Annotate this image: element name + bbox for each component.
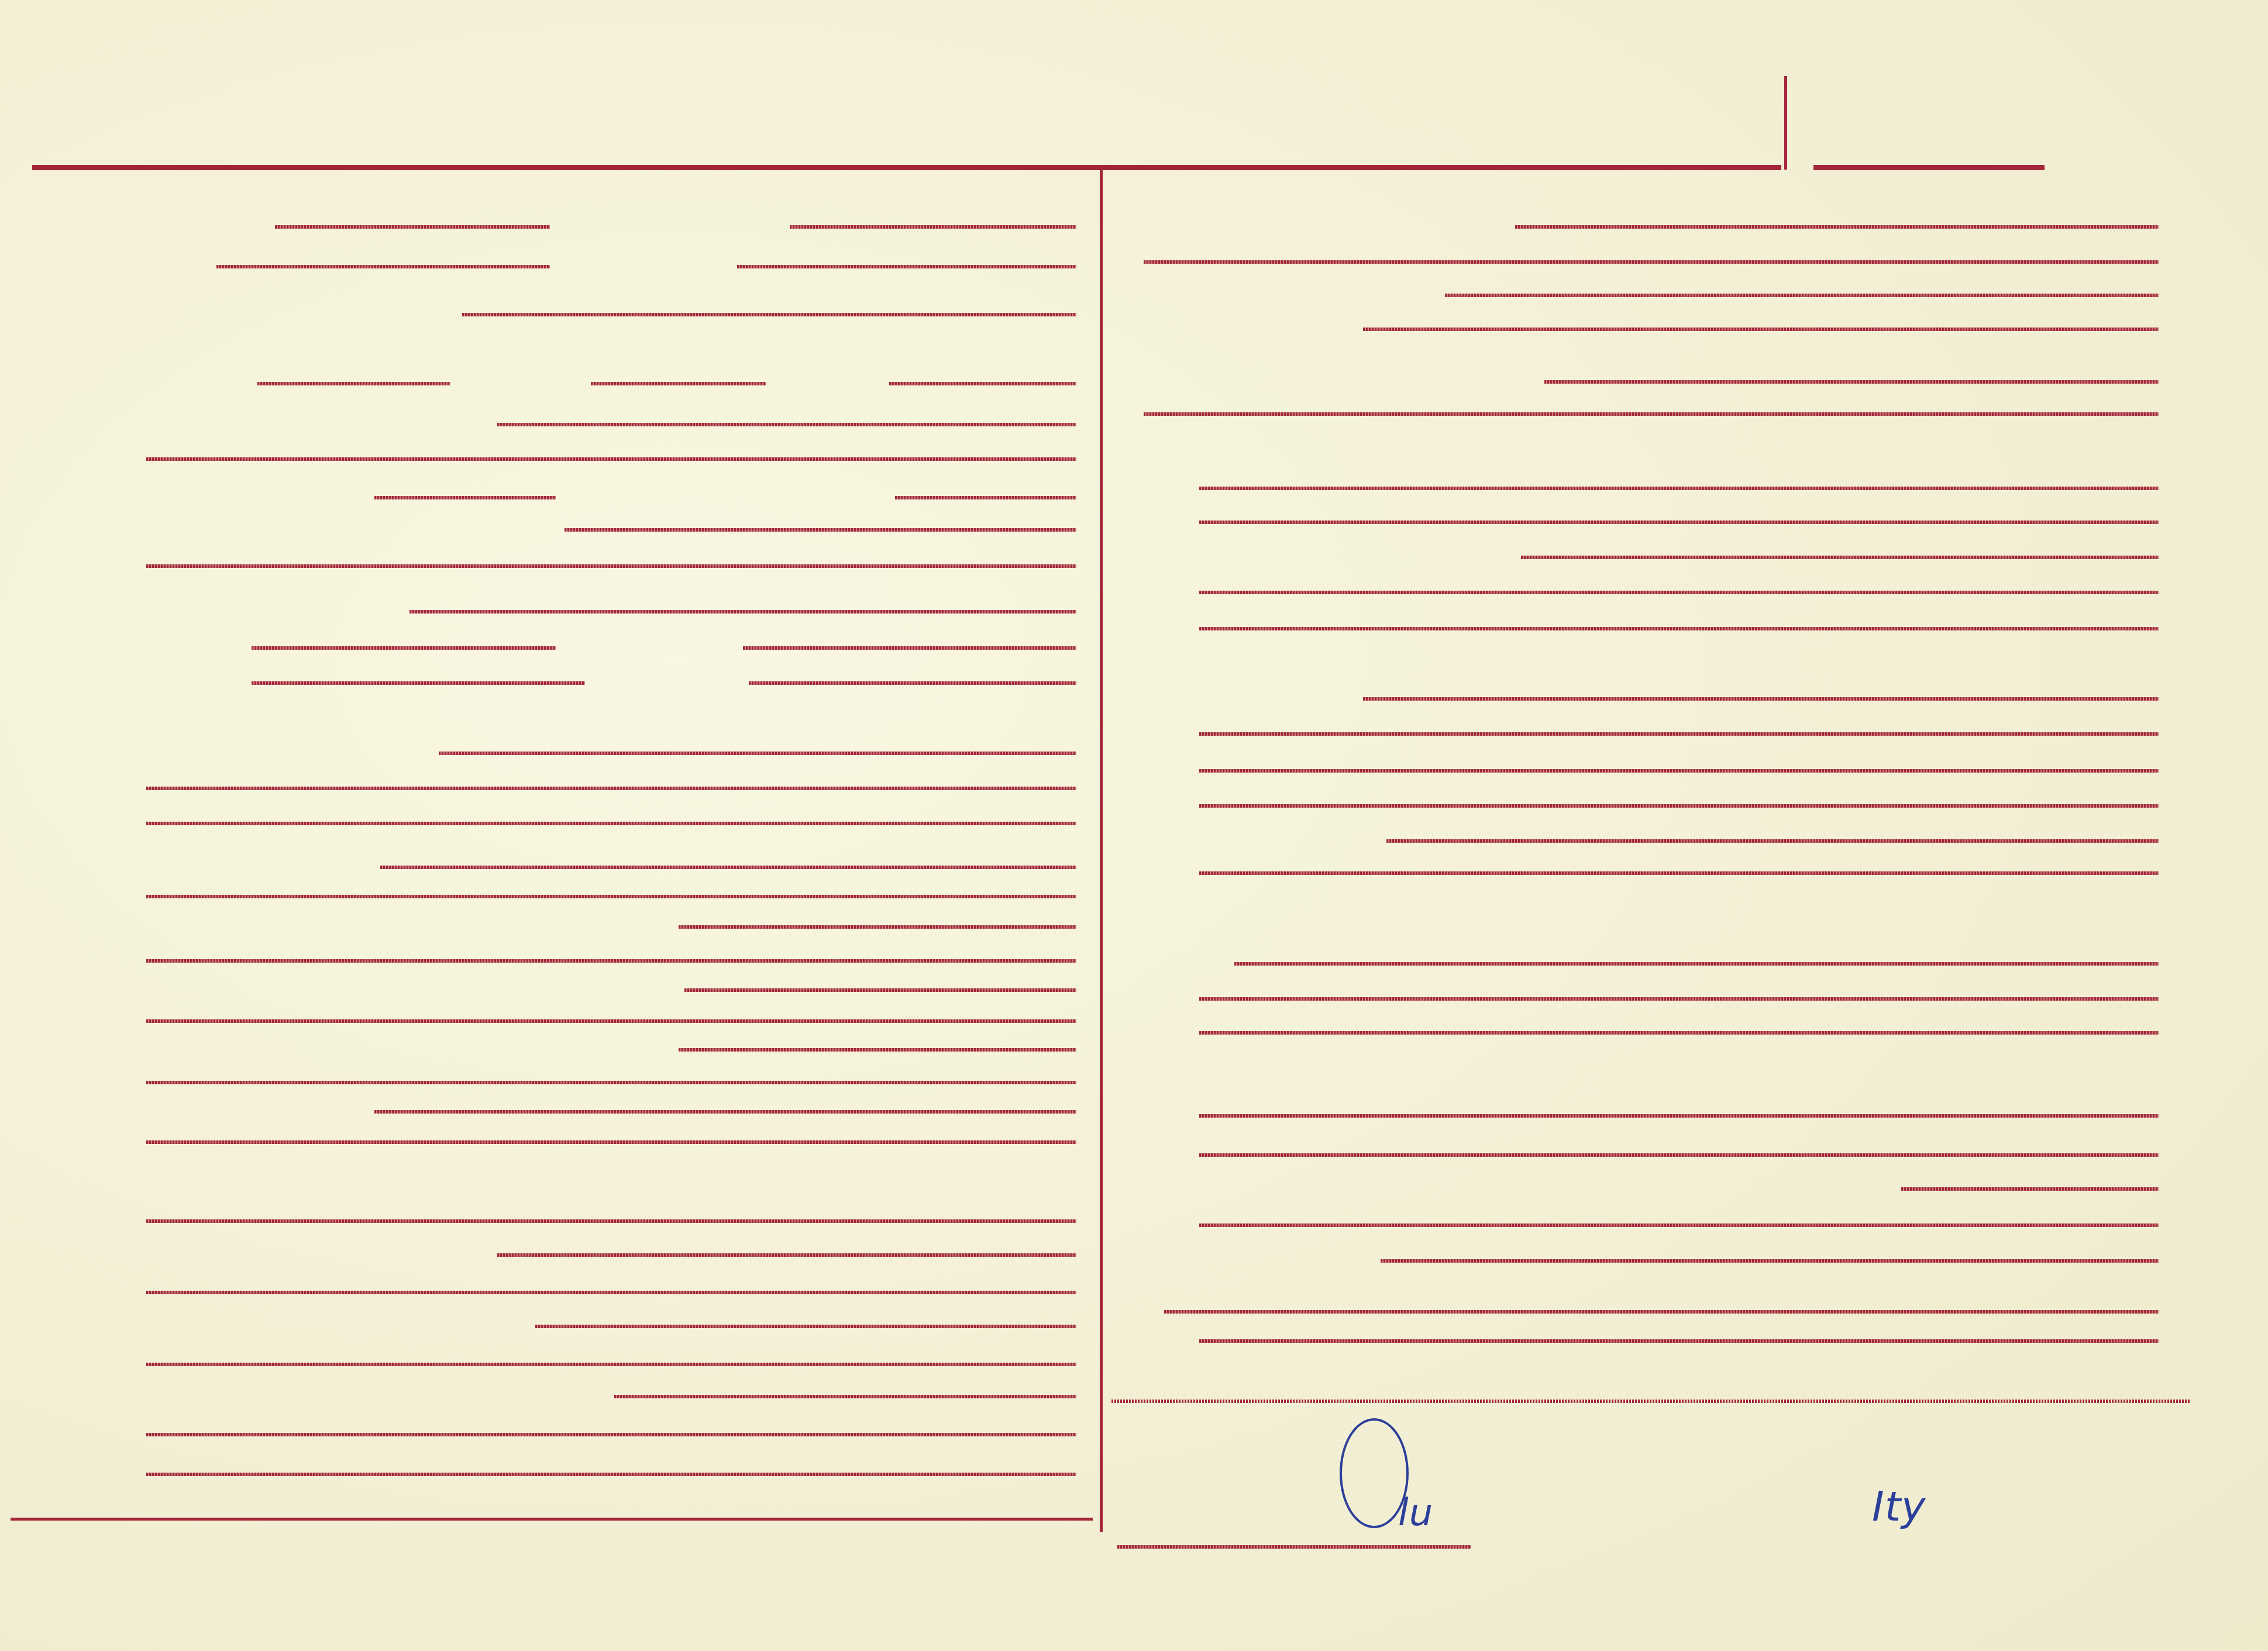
field-line xyxy=(679,925,1076,929)
field-line xyxy=(591,382,766,385)
field-line xyxy=(1199,1223,2159,1227)
field-line xyxy=(146,1219,1076,1223)
footnote-rule xyxy=(11,1518,1093,1521)
field-line xyxy=(1199,732,2159,736)
field-line xyxy=(275,225,550,229)
field-line xyxy=(1363,697,2159,701)
field-line xyxy=(1144,412,2159,416)
field-line xyxy=(146,1081,1076,1084)
field-line xyxy=(1199,591,2159,594)
field-line xyxy=(1199,487,2159,490)
field-line xyxy=(743,646,1076,650)
field-line xyxy=(1199,769,2159,773)
field-line xyxy=(535,1325,1076,1328)
field-line xyxy=(146,959,1076,963)
field-line xyxy=(439,752,1076,755)
field-line xyxy=(146,1363,1076,1366)
field-line xyxy=(1199,871,2159,875)
institution-side-text xyxy=(5,140,46,1579)
column-divider xyxy=(1100,170,1103,1532)
field-line xyxy=(1199,1339,2159,1343)
field-line xyxy=(1144,260,2159,264)
header-divider xyxy=(1784,76,1787,170)
field-line xyxy=(1199,521,2159,524)
signature-sporzadzajacy-mark: lu xyxy=(1398,1491,1433,1535)
header-rule xyxy=(32,165,1781,170)
field-line xyxy=(1199,1114,2159,1118)
field-line xyxy=(252,681,585,685)
field-line xyxy=(1386,839,2159,843)
signature-sprawdzajacy: Ity xyxy=(1872,1483,1926,1531)
field-line xyxy=(146,564,1076,568)
field-line xyxy=(889,382,1076,385)
field-line xyxy=(565,528,1076,532)
field-line xyxy=(462,313,1076,316)
field-line xyxy=(749,681,1076,685)
field-line xyxy=(679,1048,1076,1052)
field-line xyxy=(1515,225,2159,229)
field-line xyxy=(1199,627,2159,630)
field-line xyxy=(374,496,556,499)
field-line xyxy=(146,895,1076,898)
field-line xyxy=(497,423,1076,426)
field-line xyxy=(257,382,450,385)
signature-line xyxy=(1117,1545,1471,1549)
field-line xyxy=(895,496,1076,499)
field-line xyxy=(146,457,1076,461)
field-line xyxy=(146,1019,1076,1023)
field-line xyxy=(252,646,556,650)
field-line xyxy=(1544,380,2159,384)
field-line xyxy=(146,1140,1076,1144)
field-line xyxy=(1199,804,2159,808)
field-line xyxy=(1111,1400,2191,1403)
field-line xyxy=(1381,1259,2159,1263)
field-line xyxy=(1199,1031,2159,1035)
field-line xyxy=(790,225,1076,229)
field-line xyxy=(380,866,1076,869)
title-rule xyxy=(1813,165,2045,170)
field-line xyxy=(409,610,1076,613)
field-line xyxy=(146,787,1076,790)
field-line xyxy=(1234,962,2159,966)
field-line xyxy=(1901,1187,2159,1191)
field-line xyxy=(1363,328,2159,331)
field-line xyxy=(1199,997,2159,1001)
field-line xyxy=(146,822,1076,825)
field-line xyxy=(1521,556,2159,559)
field-line xyxy=(614,1395,1076,1398)
field-line xyxy=(684,988,1076,992)
field-line xyxy=(374,1110,1076,1114)
field-line xyxy=(146,1473,1076,1476)
field-line xyxy=(737,265,1076,268)
field-line xyxy=(1445,294,2159,297)
field-line xyxy=(146,1433,1076,1436)
field-line xyxy=(497,1253,1076,1257)
field-line xyxy=(1164,1310,2159,1314)
field-line xyxy=(146,1291,1076,1294)
field-line xyxy=(1199,1153,2159,1157)
field-line xyxy=(216,265,550,268)
